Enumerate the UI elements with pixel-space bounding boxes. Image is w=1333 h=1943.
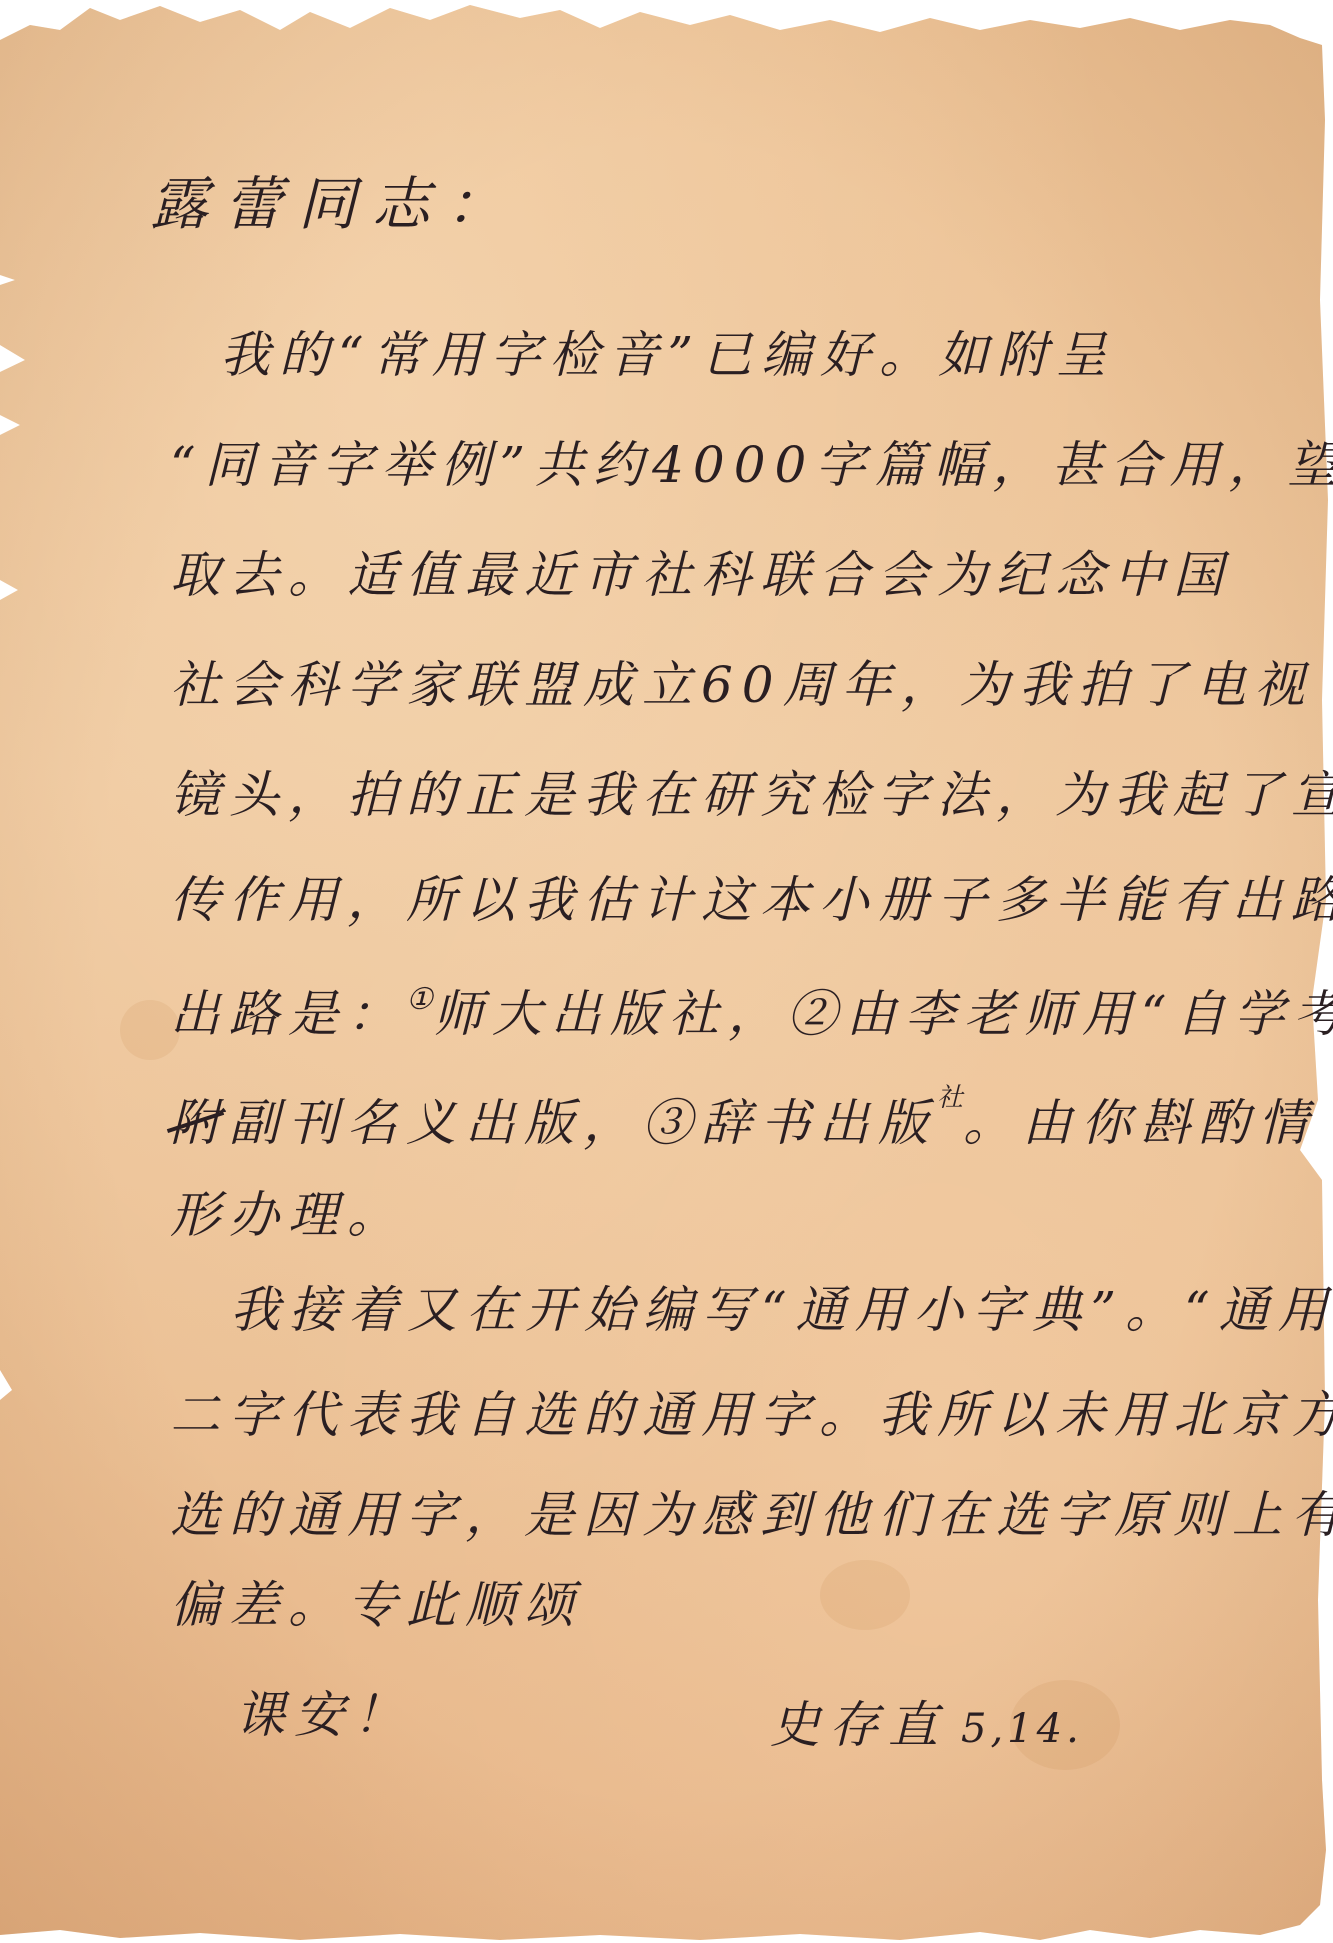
line-lead: 出路是：: [170, 985, 406, 1043]
letter-line-5: 镜头，拍的正是我在研究检字法，为我起了宣: [170, 770, 1333, 820]
aged-paper-sheet: [0, 0, 1333, 1943]
letter-line-1: 我的“常用字检音”已编好。如附呈: [220, 330, 1115, 380]
letter-line-6: 传作用，所以我估计这本小册子多半能有出路。: [170, 875, 1333, 925]
letter-line-3: 取去。适值最近市社科联合会为纪念中国: [170, 550, 1232, 600]
salutation: 露蕾同志：: [150, 175, 520, 233]
letter-line-13: 偏差。专此顺颂: [170, 1580, 583, 1630]
letter-line-11: 二字代表我自选的通用字。我所以未用北京方面: [170, 1390, 1333, 1440]
letter-line-2: “同音字举例”共约4000字篇幅，甚合用，望来: [170, 440, 1333, 490]
signature-block: 史存直5,14.: [770, 1700, 1083, 1750]
letter-line-9: 形办理。: [170, 1190, 406, 1240]
line-rest: 师大出版社，②由李老师用“自学考试”: [433, 985, 1333, 1043]
letter-line-12: 选的通用字，是因为感到他们在选字原则上有: [170, 1490, 1333, 1540]
struck-out-character: 附: [170, 1094, 229, 1152]
letter-line-7: 出路是：①师大出版社，②由李老师用“自学考试”: [170, 985, 1333, 1039]
line-tail: 。由你斟酌情: [963, 1094, 1317, 1152]
signature-name: 史存直: [770, 1696, 947, 1754]
letter-line-8: 附副刊名义出版，③辞书出版社。由你斟酌情: [170, 1085, 1317, 1148]
inserted-character: 社: [937, 1083, 963, 1113]
closing-greeting: 课安！: [235, 1690, 412, 1740]
paper-stain: [820, 1560, 910, 1630]
letter-line-10: 我接着又在开始编写“通用小字典”。“通用”: [230, 1285, 1333, 1335]
signature-date: 5,14.: [961, 1706, 1083, 1752]
circled-number-marker: ①: [406, 982, 433, 1017]
line-text: 副刊名义出版，③辞书出版: [229, 1094, 937, 1152]
letter-line-4: 社会科学家联盟成立60周年，为我拍了电视: [170, 660, 1314, 710]
